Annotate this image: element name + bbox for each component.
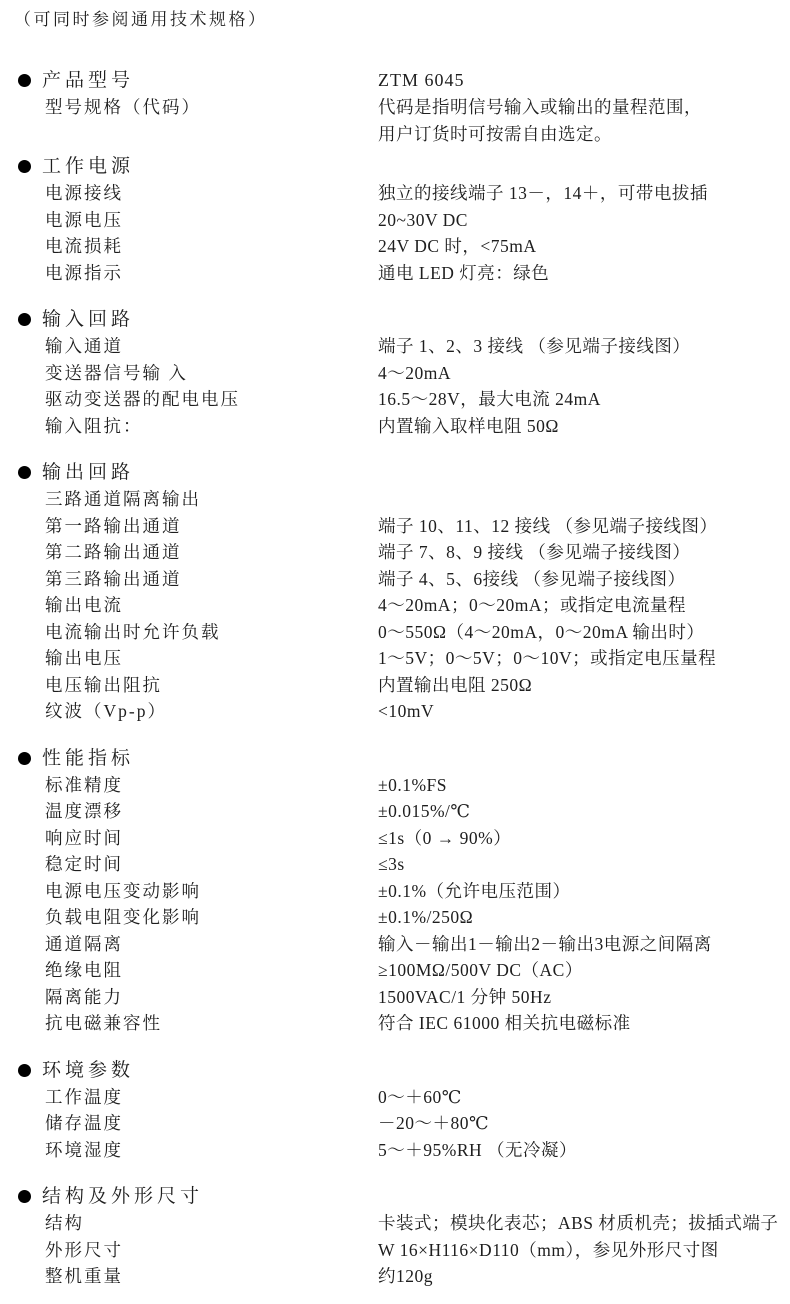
spec-value: 端子 1、2、3 接线 （参见端子接线图） [378, 333, 783, 360]
spec-value: 5～＋95%RH （无冷凝） [378, 1137, 783, 1164]
spec-value: 约120g [378, 1263, 783, 1290]
spec-row: 电流损耗 24V DC 时，<75mA [0, 233, 790, 260]
spec-label: 驱动变送器的配电电压 [45, 389, 240, 409]
spec-row: 温度漂移 ±0.015%/℃ [0, 798, 790, 825]
header-note: （可同时参阅通用技术规格） [0, 0, 790, 33]
spec-label: 电源电压 [45, 210, 123, 230]
spec-label: 整机重量 [45, 1266, 123, 1286]
spec-label: 外形尺寸 [45, 1240, 123, 1260]
section-title: 环境参数 [42, 1057, 134, 1084]
spec-row: 第一路输出通道 端子 10、11、12 接线 （参见端子接线图） [0, 513, 790, 540]
spec-row: 通道隔离 输入－输出1－输出2－输出3电源之间隔离 [0, 931, 790, 958]
section-value: ZTM 6045 [378, 67, 465, 94]
spec-label: 负载电阻变化影响 [45, 907, 201, 927]
spec-value: <10mV [378, 698, 783, 725]
spec-sheet-page: （可同时参阅通用技术规格） 产品型号 ZTM 6045 型号规格（代码） 代码是… [0, 0, 790, 1304]
spec-value: ≥100MΩ/500V DC（AC） [378, 957, 783, 984]
spec-value: 0～＋60℃ [378, 1084, 783, 1111]
spec-label: 第一路输出通道 [45, 516, 182, 536]
section-product-model: 产品型号 ZTM 6045 型号规格（代码） 代码是指明信号输入或输出的量程范围… [0, 67, 790, 147]
spec-row: 电源电压 20~30V DC [0, 207, 790, 234]
spec-value: 0～550Ω（4～20mA，0～20mA 输出时） [378, 619, 783, 646]
spec-row: 电压输出阻抗 内置输出电阻 250Ω [0, 672, 790, 699]
spec-label: 工作温度 [45, 1087, 123, 1107]
spec-row: 型号规格（代码） 代码是指明信号输入或输出的量程范围， 用户订货时可按需自由选定… [0, 94, 790, 147]
spec-value: W 16×H116×D110（mm），参见外形尺寸图 [378, 1237, 783, 1264]
spec-label: 通道隔离 [45, 934, 123, 954]
spec-label: 稳定时间 [45, 854, 123, 874]
spec-value: 独立的接线端子 13－，14＋，可带电拔插 [378, 180, 783, 207]
spec-row: 电源指示 通电 LED 灯亮：绿色 [0, 260, 790, 287]
section-header: 环境参数 [0, 1057, 790, 1084]
spec-row: 外形尺寸 W 16×H116×D110（mm），参见外形尺寸图 [0, 1237, 790, 1264]
bullet-icon [18, 160, 31, 173]
spec-value: ±0.1%（允许电压范围） [378, 878, 783, 905]
bullet-icon [18, 1190, 31, 1203]
spec-row: 响应时间 ≤1s（0 → 90%） [0, 825, 790, 852]
spec-row: 电源接线 独立的接线端子 13－，14＋，可带电拔插 [0, 180, 790, 207]
spec-label: 电压输出阻抗 [45, 675, 162, 695]
spec-value: ≤1s（0 → 90%） [378, 825, 783, 852]
spec-label: 储存温度 [45, 1113, 123, 1133]
spec-row: 抗电磁兼容性 符合 IEC 61000 相关抗电磁标准 [0, 1010, 790, 1037]
bullet-icon [18, 466, 31, 479]
section-header: 工作电源 [0, 153, 790, 180]
spec-label: 第二路输出通道 [45, 542, 182, 562]
spec-value: 符合 IEC 61000 相关抗电磁标准 [378, 1010, 783, 1037]
section-header: 输入回路 [0, 306, 790, 333]
section-title: 工作电源 [42, 153, 134, 180]
spec-label: 电源电压变动影响 [45, 881, 201, 901]
spec-label: 电流输出时允许负载 [45, 622, 221, 642]
spec-value: 端子 4、5、6接线 （参见端子接线图） [378, 566, 783, 593]
spec-value: 通电 LED 灯亮：绿色 [378, 260, 783, 287]
bullet-icon [18, 1064, 31, 1077]
spec-row: 负载电阻变化影响 ±0.1%/250Ω [0, 904, 790, 931]
spec-label: 电流损耗 [45, 236, 123, 256]
section-performance: 性能指标 标准精度 ±0.1%FS 温度漂移 ±0.015%/℃ 响应时间 ≤1… [0, 745, 790, 1037]
spec-row: 输入阻抗： 内置输入取样电阻 50Ω [0, 413, 790, 440]
spec-value: 4～20mA；0～20mA；或指定电流量程 [378, 592, 783, 619]
spec-label: 环境湿度 [45, 1140, 123, 1160]
spec-row: 电源电压变动影响 ±0.1%（允许电压范围） [0, 878, 790, 905]
spec-row: 工作温度 0～＋60℃ [0, 1084, 790, 1111]
section-title: 性能指标 [42, 745, 134, 772]
spec-value: 4～20mA [378, 360, 783, 387]
spec-row: 结构 卡装式；模块化表芯；ABS 材质机壳；拔插式端子 [0, 1210, 790, 1237]
spec-value: 代码是指明信号输入或输出的量程范围， 用户订货时可按需自由选定。 [378, 94, 783, 147]
section-title: 输出回路 [42, 459, 134, 486]
spec-label: 抗电磁兼容性 [45, 1013, 162, 1033]
spec-value: ±0.1%/250Ω [378, 904, 783, 931]
spec-label: 温度漂移 [45, 801, 123, 821]
section-structure-dimensions: 结构及外形尺寸 结构 卡装式；模块化表芯；ABS 材质机壳；拔插式端子 外形尺寸… [0, 1183, 790, 1290]
spec-label: 标准精度 [45, 775, 123, 795]
spec-value: 内置输入取样电阻 50Ω [378, 413, 783, 440]
spec-label: 三路通道隔离输出 [45, 489, 201, 509]
section-title: 结构及外形尺寸 [42, 1183, 203, 1210]
spec-row: 标准精度 ±0.1%FS [0, 772, 790, 799]
spec-label: 纹波（Vp-p） [45, 701, 167, 721]
spec-value: 端子 7、8、9 接线 （参见端子接线图） [378, 539, 783, 566]
spec-row: 隔离能力 1500VAC/1 分钟 50Hz [0, 984, 790, 1011]
spec-label: 输入阻抗： [45, 416, 143, 436]
spec-row: 输出电流 4～20mA；0～20mA；或指定电流量程 [0, 592, 790, 619]
spec-row: 第三路输出通道 端子 4、5、6接线 （参见端子接线图） [0, 566, 790, 593]
spec-row: 绝缘电阻 ≥100MΩ/500V DC（AC） [0, 957, 790, 984]
spec-row: 环境湿度 5～＋95%RH （无冷凝） [0, 1137, 790, 1164]
spec-row: 第二路输出通道 端子 7、8、9 接线 （参见端子接线图） [0, 539, 790, 566]
section-header: 产品型号 ZTM 6045 [0, 67, 790, 94]
bullet-icon [18, 752, 31, 765]
bullet-icon [18, 313, 31, 326]
spec-row: 储存温度 －20～＋80℃ [0, 1110, 790, 1137]
section-header: 性能指标 [0, 745, 790, 772]
section-title: 输入回路 [42, 306, 134, 333]
spec-label: 第三路输出通道 [45, 569, 182, 589]
spec-value: ±0.015%/℃ [378, 798, 783, 825]
spec-label: 变送器信号输 入 [45, 363, 188, 383]
spec-value: 20~30V DC [378, 207, 783, 234]
bullet-icon [18, 74, 31, 87]
section-power-supply: 工作电源 电源接线 独立的接线端子 13－，14＋，可带电拔插 电源电压 20~… [0, 153, 790, 286]
spec-row: 输入通道 端子 1、2、3 接线 （参见端子接线图） [0, 333, 790, 360]
spec-label: 电源接线 [45, 183, 123, 203]
spec-row: 驱动变送器的配电电压 16.5～28V，最大电流 24mA [0, 386, 790, 413]
spec-row: 整机重量 约120g [0, 1263, 790, 1290]
spec-row: 电流输出时允许负载 0～550Ω（4～20mA，0～20mA 输出时） [0, 619, 790, 646]
spec-value: 24V DC 时，<75mA [378, 233, 783, 260]
spec-label: 输出电压 [45, 648, 123, 668]
spec-label: 响应时间 [45, 828, 123, 848]
spec-label: 绝缘电阻 [45, 960, 123, 980]
spec-value: 输入－输出1－输出2－输出3电源之间隔离 [378, 931, 783, 958]
spec-value: 内置输出电阻 250Ω [378, 672, 783, 699]
spec-value: ±0.1%FS [378, 772, 783, 799]
spec-value: －20～＋80℃ [378, 1110, 783, 1137]
section-header: 结构及外形尺寸 [0, 1183, 790, 1210]
spec-label: 结构 [45, 1213, 84, 1233]
spec-value: 卡装式；模块化表芯；ABS 材质机壳；拔插式端子 [378, 1210, 783, 1237]
spec-value: 1500VAC/1 分钟 50Hz [378, 984, 783, 1011]
spec-value: 1～5V；0～5V；0～10V；或指定电压量程 [378, 645, 783, 672]
spec-label: 型号规格（代码） [45, 97, 201, 117]
spec-row: 三路通道隔离输出 [0, 486, 790, 513]
section-environment: 环境参数 工作温度 0～＋60℃ 储存温度 －20～＋80℃ 环境湿度 5～＋9… [0, 1057, 790, 1164]
spec-label: 输入通道 [45, 336, 123, 356]
spec-value: 端子 10、11、12 接线 （参见端子接线图） [378, 513, 783, 540]
spec-label: 电源指示 [45, 263, 123, 283]
spec-row: 稳定时间 ≤3s [0, 851, 790, 878]
section-title: 产品型号 [42, 67, 134, 94]
section-output-circuit: 输出回路 三路通道隔离输出 第一路输出通道 端子 10、11、12 接线 （参见… [0, 459, 790, 725]
section-input-circuit: 输入回路 输入通道 端子 1、2、3 接线 （参见端子接线图） 变送器信号输 入… [0, 306, 790, 439]
spec-row: 输出电压 1～5V；0～5V；0～10V；或指定电压量程 [0, 645, 790, 672]
section-header: 输出回路 [0, 459, 790, 486]
spec-value: ≤3s [378, 851, 783, 878]
spec-label: 隔离能力 [45, 987, 123, 1007]
spec-row: 变送器信号输 入 4～20mA [0, 360, 790, 387]
spec-row: 纹波（Vp-p） <10mV [0, 698, 790, 725]
spec-label: 输出电流 [45, 595, 123, 615]
spec-value: 16.5～28V，最大电流 24mA [378, 386, 783, 413]
